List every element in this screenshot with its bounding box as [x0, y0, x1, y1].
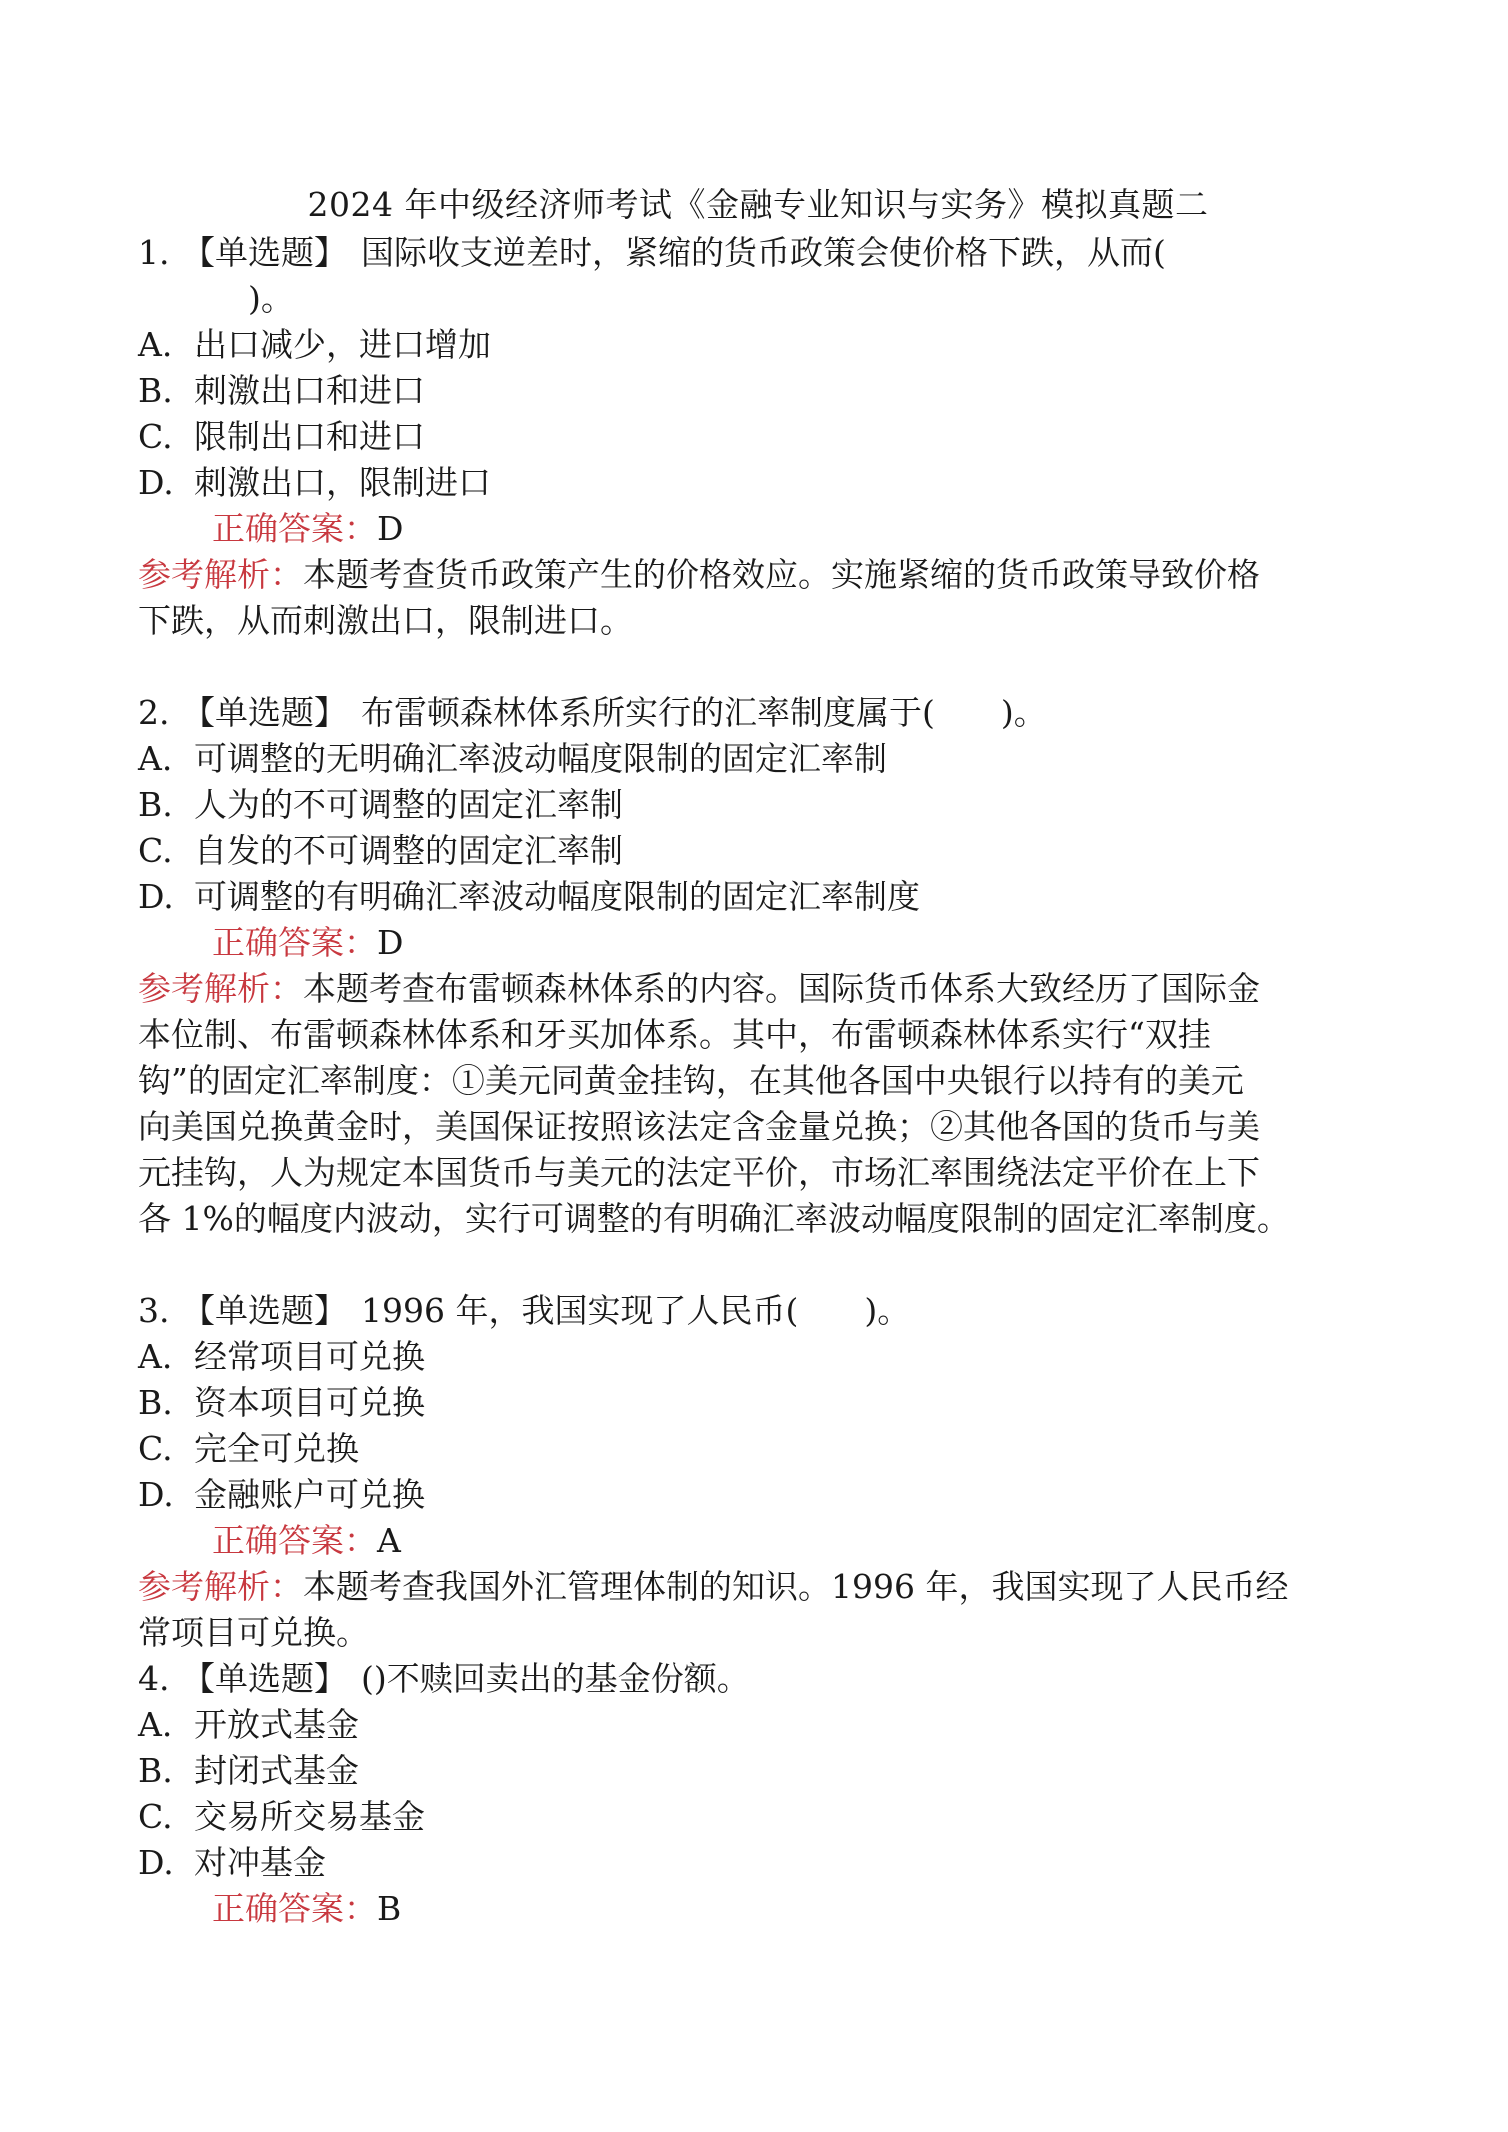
question-type: 【单选题】	[182, 693, 347, 732]
answer-label: 正确答案：	[212, 1889, 377, 1928]
explanation: 参考解析：本题考查货币政策产生的价格效应。实施紧缩的货币政策导致价格	[138, 552, 1260, 598]
option-b: B.资本项目可兑换	[138, 1380, 425, 1426]
explanation-label: 参考解析：	[138, 1567, 303, 1606]
option-c: C.交易所交易基金	[138, 1794, 425, 1840]
explanation-line: 钩”的固定汇率制度：①美元同黄金挂钩，在其他各国中央银行以持有的美元	[138, 1058, 1244, 1104]
document-title: 2024 年中级经济师考试《金融专业知识与实务》模拟真题二	[138, 182, 1378, 228]
question-stem: 1.【单选题】国际收支逆差时，紧缩的货币政策会使价格下跌，从而(	[138, 230, 1166, 276]
option-c: C.限制出口和进口	[138, 414, 425, 460]
explanation-line: 元挂钩，人为规定本国货币与美元的法定平价，市场汇率围绕法定平价在上下	[138, 1150, 1260, 1196]
explanation-line: 各 1%的幅度内波动，实行可调整的有明确汇率波动幅度限制的固定汇率制度。	[138, 1196, 1290, 1242]
option-a: A.经常项目可兑换	[138, 1334, 425, 1380]
option-b: B.封闭式基金	[138, 1748, 359, 1794]
question-stem-continued: )。	[138, 276, 294, 322]
option-c: C.完全可兑换	[138, 1426, 359, 1472]
explanation-line: 下跌，从而刺激出口，限制进口。	[138, 598, 633, 644]
question-number: 1.	[138, 230, 182, 276]
question-type: 【单选题】	[182, 233, 347, 272]
answer-label: 正确答案：	[212, 923, 377, 962]
question-text: 布雷顿森林体系所实行的汇率制度属于( )。	[361, 693, 1047, 732]
explanation-label: 参考解析：	[138, 555, 303, 594]
correct-answer: 正确答案：D	[138, 506, 403, 552]
option-a: A.可调整的无明确汇率波动幅度限制的固定汇率制	[138, 736, 887, 782]
answer-value: A	[377, 1521, 401, 1560]
answer-value: B	[377, 1889, 401, 1928]
option-a: A.出口减少，进口增加	[138, 322, 491, 368]
question-type: 【单选题】	[182, 1659, 347, 1698]
question-type: 【单选题】	[182, 1291, 347, 1330]
option-d: D.对冲基金	[138, 1840, 326, 1886]
correct-answer: 正确答案：A	[138, 1518, 401, 1564]
question-stem: 2.【单选题】布雷顿森林体系所实行的汇率制度属于( )。	[138, 690, 1047, 736]
question-number: 2.	[138, 690, 182, 736]
answer-label: 正确答案：	[212, 1521, 377, 1560]
option-d: D.金融账户可兑换	[138, 1472, 425, 1518]
question-text: 国际收支逆差时，紧缩的货币政策会使价格下跌，从而(	[361, 233, 1166, 272]
option-b: B.刺激出口和进口	[138, 368, 425, 414]
question-number: 4.	[138, 1656, 182, 1702]
explanation: 参考解析：本题考查我国外汇管理体制的知识。1996 年，我国实现了人民币经	[138, 1564, 1288, 1610]
explanation-line: 向美国兑换黄金时，美国保证按照该法定含金量兑换；②其他各国的货币与美	[138, 1104, 1260, 1150]
question-stem: 4.【单选题】()不赎回卖出的基金份额。	[138, 1656, 750, 1702]
option-a: A.开放式基金	[138, 1702, 359, 1748]
answer-label: 正确答案：	[212, 509, 377, 548]
answer-value: D	[377, 509, 403, 548]
question-text: 1996 年，我国实现了人民币( )。	[361, 1291, 910, 1330]
correct-answer: 正确答案：D	[138, 920, 403, 966]
explanation: 参考解析：本题考查布雷顿森林体系的内容。国际货币体系大致经历了国际金	[138, 966, 1260, 1012]
explanation-line: 本位制、布雷顿森林体系和牙买加体系。其中，布雷顿森林体系实行“双挂	[138, 1012, 1211, 1058]
answer-value: D	[377, 923, 403, 962]
explanation-line: 常项目可兑换。	[138, 1610, 369, 1656]
option-d: D.可调整的有明确汇率波动幅度限制的固定汇率制度	[138, 874, 920, 920]
option-c: C.自发的不可调整的固定汇率制	[138, 828, 623, 874]
question-number: 3.	[138, 1288, 182, 1334]
question-text: ()不赎回卖出的基金份额。	[361, 1659, 750, 1698]
question-stem: 3.【单选题】1996 年，我国实现了人民币( )。	[138, 1288, 910, 1334]
correct-answer: 正确答案：B	[138, 1886, 401, 1932]
explanation-label: 参考解析：	[138, 969, 303, 1008]
option-d: D.刺激出口，限制进口	[138, 460, 491, 506]
option-b: B.人为的不可调整的固定汇率制	[138, 782, 623, 828]
